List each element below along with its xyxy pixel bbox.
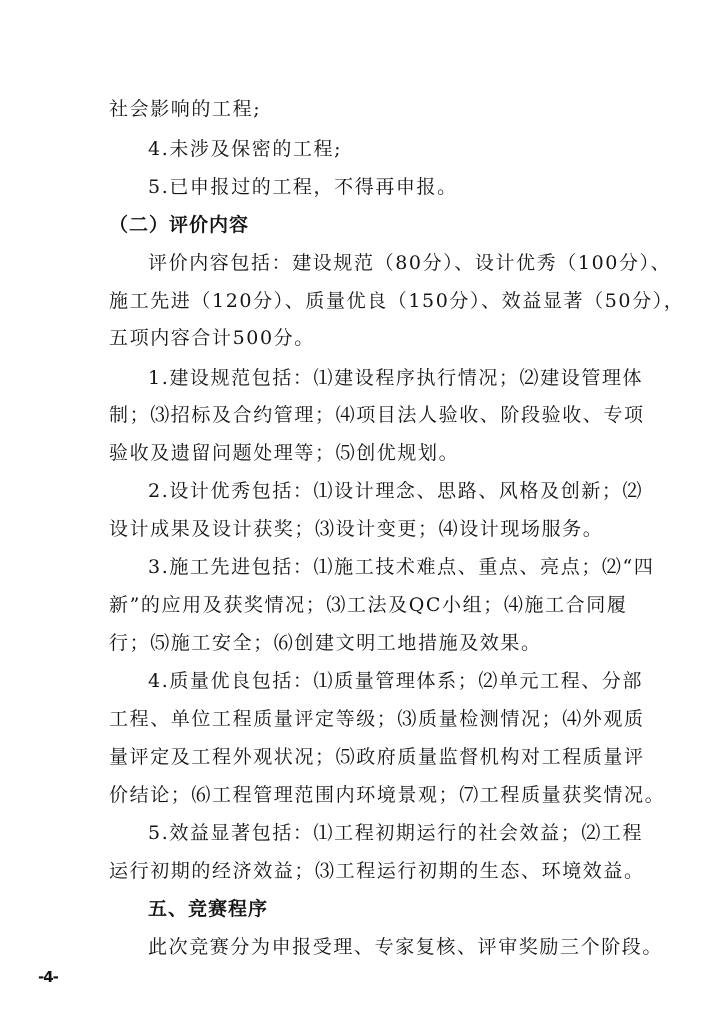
text-line: 验收及遗留问题处理等；⑸创优规划。: [109, 440, 617, 466]
text-line: 3.施工先进包括：⑴施工技术难点、重点、亮点；⑵“四: [148, 554, 617, 580]
text-line: 工程、单位工程质量评定等级；⑶质量检测情况；⑷外观质: [109, 706, 617, 732]
document-page: 社会影响的工程;4.未涉及保密的工程;5.已申报过的工程，不得再申报。（二）评价…: [0, 0, 724, 1024]
text-line: 量评定及工程外观状况；⑸政府质量监督机构对工程质量评: [109, 744, 617, 770]
text-line: 制；⑶招标及合约管理；⑷项目法人验收、阶段验收、专项: [109, 402, 617, 428]
text-line: 1.建设规范包括：⑴建设程序执行情况；⑵建设管理体: [148, 365, 617, 391]
text-line: 4.质量优良包括：⑴质量管理体系；⑵单元工程、分部: [148, 668, 617, 694]
text-line: 运行初期的经济效益；⑶工程运行初期的生态、环境效益。: [109, 858, 617, 884]
text-line: 5.效益显著包括：⑴工程初期运行的社会效益；⑵工程: [148, 820, 617, 846]
text-line: 评价内容包括：建设规范（80分）、设计优秀（100分）、: [148, 250, 617, 276]
text-line: 价结论；⑹工程管理范围内环境景观；⑺工程质量获奖情况。: [109, 782, 617, 808]
text-line: 行；⑸施工安全；⑹创建文明工地措施及效果。: [109, 630, 617, 656]
text-line: 社会影响的工程;: [109, 96, 617, 122]
text-line: 2.设计优秀包括：⑴设计理念、思路、风格及创新；⑵: [148, 478, 617, 504]
text-line: 此次竞赛分为申报受理、专家复核、评审奖励三个阶段。: [148, 934, 617, 960]
text-line: 5.已申报过的工程，不得再申报。: [148, 174, 618, 200]
section-heading: 五、竞赛程序: [148, 896, 618, 922]
text-line: 设计成果及设计获奖；⑶设计变更；⑷设计现场服务。: [109, 516, 617, 542]
text-line: 新”的应用及获奖情况；⑶工法及QC小组；⑷施工合同履: [109, 592, 617, 618]
section-heading: （二）评价内容: [109, 212, 617, 238]
text-line: 施工先进（120分）、质量优良（150分）、效益显著（50分），: [109, 288, 617, 314]
page-number: -4-: [38, 968, 58, 986]
text-line: 4.未涉及保密的工程;: [148, 136, 618, 162]
text-line: 五项内容合计500分。: [109, 325, 617, 351]
